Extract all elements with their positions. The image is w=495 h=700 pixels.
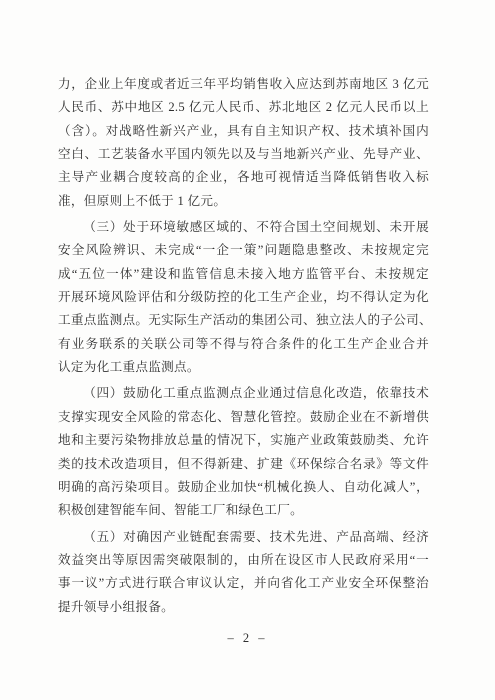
paragraph: 力，企业上年度或者近三年平均销售收入应达到苏南地区 3 亿元人民币、苏中地区 2… <box>58 73 429 213</box>
text-line: 主导产业耦合度较高的企业，各地可视情适当降低销售收入标 <box>58 166 429 189</box>
text-line: 力，企业上年度或者近三年平均销售收入应达到苏南地区 3 亿元 <box>58 73 429 96</box>
page-number: – 2 – <box>0 629 495 647</box>
paragraph: （五）对确因产业链配套需要、技术先进、产品高端、经济效益突出等原因需突破限制的，… <box>58 526 429 619</box>
text-line: 支撑实现安全风险的常态化、智慧化管控。鼓励企业在不新增供 <box>58 406 429 429</box>
text-line: 成“五位一体”建设和监管信息未接入地方监管平台、未按规定 <box>58 263 429 286</box>
document-page: 力，企业上年度或者近三年平均销售收入应达到苏南地区 3 亿元人民币、苏中地区 2… <box>0 0 495 700</box>
text-line: 认定为化工重点监测点。 <box>58 356 429 379</box>
text-line: （含）。对战略性新兴产业，具有自主知识产权、技术填补国内 <box>58 120 429 143</box>
text-line: 事一议”方式进行联合审议认定，并向省化工产业安全环保整治 <box>58 572 429 595</box>
text-line: （四）鼓励化工重点监测点企业通过信息化改造，依靠技术 <box>58 382 429 405</box>
text-line: 积极创建智能车间、智能工厂和绿色工厂。 <box>58 499 429 522</box>
text-line: （五）对确因产业链配套需要、技术先进、产品高端、经济 <box>58 526 429 549</box>
text-line: 效益突出等原因需突破限制的，由所在设区市人民政府采用“一 <box>58 549 429 572</box>
text-line: 工重点监测点。无实际生产活动的集团公司、独立法人的子公司、 <box>58 309 429 332</box>
text-line: 有业务联系的关联公司等不得与符合条件的化工生产企业合并 <box>58 333 429 356</box>
document-body: 力，企业上年度或者近三年平均销售收入应达到苏南地区 3 亿元人民币、苏中地区 2… <box>58 73 429 619</box>
text-line: 空白、工艺装备水平国内领先以及与当地新兴产业、先导产业、 <box>58 143 429 166</box>
text-line: 开展环境风险评估和分级防控的化工生产企业，均不得认定为化 <box>58 286 429 309</box>
text-line: 安全风险辨识、未完成“一企一策”问题隐患整改、未按规定完 <box>58 239 429 262</box>
text-line: 地和主要污染物排放总量的情况下，实施产业政策鼓励类、允许 <box>58 429 429 452</box>
text-line: 提升领导小组报备。 <box>58 596 429 619</box>
text-line: 明确的高污染项目。鼓励企业加快“机械化换人、自动化减人”， <box>58 476 429 499</box>
text-line: （三）处于环境敏感区域的、不符合国土空间规划、未开展 <box>58 216 429 239</box>
paragraph: （三）处于环境敏感区域的、不符合国土空间规划、未开展安全风险辨识、未完成“一企一… <box>58 216 429 379</box>
paragraph: （四）鼓励化工重点监测点企业通过信息化改造，依靠技术支撑实现安全风险的常态化、智… <box>58 382 429 522</box>
text-line: 准，但原则上不低于 1 亿元。 <box>58 190 429 213</box>
text-line: 人民币、苏中地区 2.5 亿元人民币、苏北地区 2 亿元人民币以上 <box>58 96 429 119</box>
text-line: 类的技术改造项目，但不得新建、扩建《环保综合名录》等文件 <box>58 453 429 476</box>
